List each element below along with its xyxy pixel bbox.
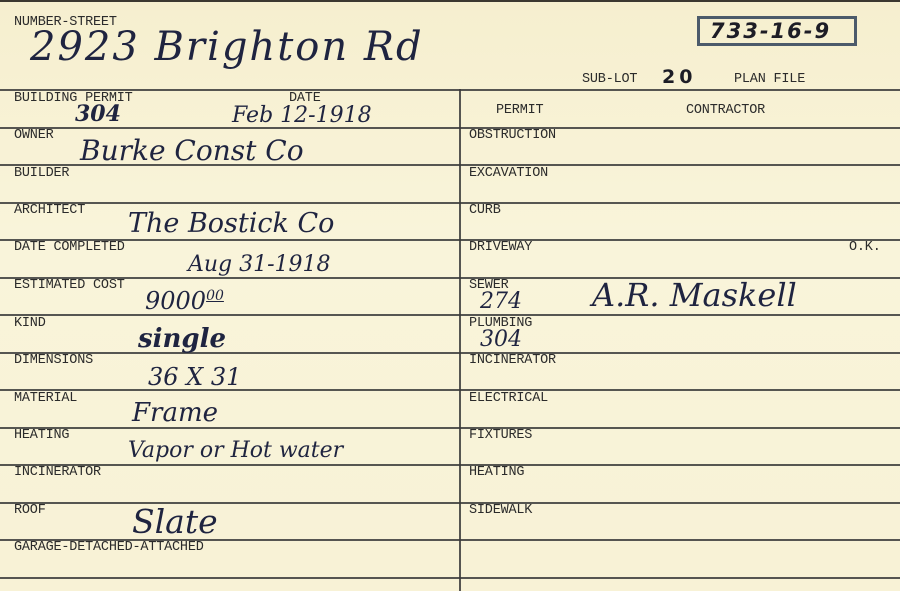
heating-permit-label: HEATING — [469, 465, 524, 480]
date-value: Feb 12-1918 — [232, 103, 372, 128]
electrical-label: ELECTRICAL — [469, 391, 548, 406]
estimated-cost-cents: 00 — [206, 288, 224, 304]
plumbing-permit-value: 304 — [480, 327, 522, 352]
builder-label: BUILDER — [14, 166, 69, 181]
rule-line — [0, 577, 900, 579]
owner-value: Burke Const Co — [80, 134, 304, 167]
rule-line — [0, 314, 900, 316]
rule-line — [0, 464, 900, 466]
date-completed-value: Aug 31-1918 — [188, 252, 331, 277]
date-completed-label: DATE COMPLETED — [14, 240, 125, 255]
heating-value: Vapor or Hot water — [128, 438, 343, 463]
architect-value: The Bostick Co — [128, 208, 334, 239]
sewer-contractor-value: A.R. Maskell — [592, 276, 797, 314]
rule-line — [0, 202, 900, 204]
incinerator-label: INCINERATOR — [14, 465, 101, 480]
dimensions-value: 36 X 31 — [148, 363, 241, 391]
plan-file-label: PLAN FILE — [734, 72, 805, 87]
kind-value: single — [138, 324, 226, 354]
file-number-stamp: 733-16-9 — [697, 16, 857, 46]
driveway-status: O.K. — [849, 240, 881, 255]
sewer-permit-value: 274 — [480, 289, 522, 314]
driveway-label: DRIVEWAY — [469, 240, 532, 255]
rule-line — [0, 239, 900, 241]
rule-line — [0, 352, 900, 354]
fixtures-label: FIXTURES — [469, 428, 532, 443]
estimated-cost-dollars: 9000 — [145, 287, 206, 315]
roof-label: ROOF — [14, 503, 46, 518]
owner-label: OWNER — [14, 128, 54, 143]
incinerator-permit-label: INCINERATOR — [469, 353, 556, 368]
permit-header: PERMIT — [496, 103, 543, 118]
sidewalk-label: SIDEWALK — [469, 503, 532, 518]
architect-label: ARCHITECT — [14, 203, 85, 218]
excavation-label: EXCAVATION — [469, 166, 548, 181]
sub-lot-value: 20 — [662, 66, 696, 88]
contractor-header: CONTRACTOR — [686, 103, 765, 118]
material-label: MATERIAL — [14, 391, 77, 406]
estimated-cost-value: 900000 — [145, 287, 224, 315]
obstruction-label: OBSTRUCTION — [469, 128, 556, 143]
garage-label: GARAGE-DETACHED-ATTACHED — [14, 540, 204, 555]
material-value: Frame — [132, 398, 218, 428]
kind-label: KIND — [14, 316, 46, 331]
building-permit-card: NUMBER-STREET 2923 Brighton Rd 733-16-9 … — [0, 0, 900, 591]
column-divider — [459, 89, 461, 591]
building-permit-value: 304 — [75, 101, 121, 127]
sub-lot-label: SUB-LOT — [582, 72, 637, 87]
heating-label: HEATING — [14, 428, 69, 443]
rule-line — [0, 389, 900, 391]
dimensions-label: DIMENSIONS — [14, 353, 93, 368]
estimated-cost-label: ESTIMATED COST — [14, 278, 125, 293]
rule-line — [0, 127, 900, 129]
rule-line — [0, 89, 900, 91]
address-value: 2923 Brighton Rd — [30, 24, 424, 70]
curb-label: CURB — [469, 203, 501, 218]
roof-value: Slate — [132, 502, 218, 541]
